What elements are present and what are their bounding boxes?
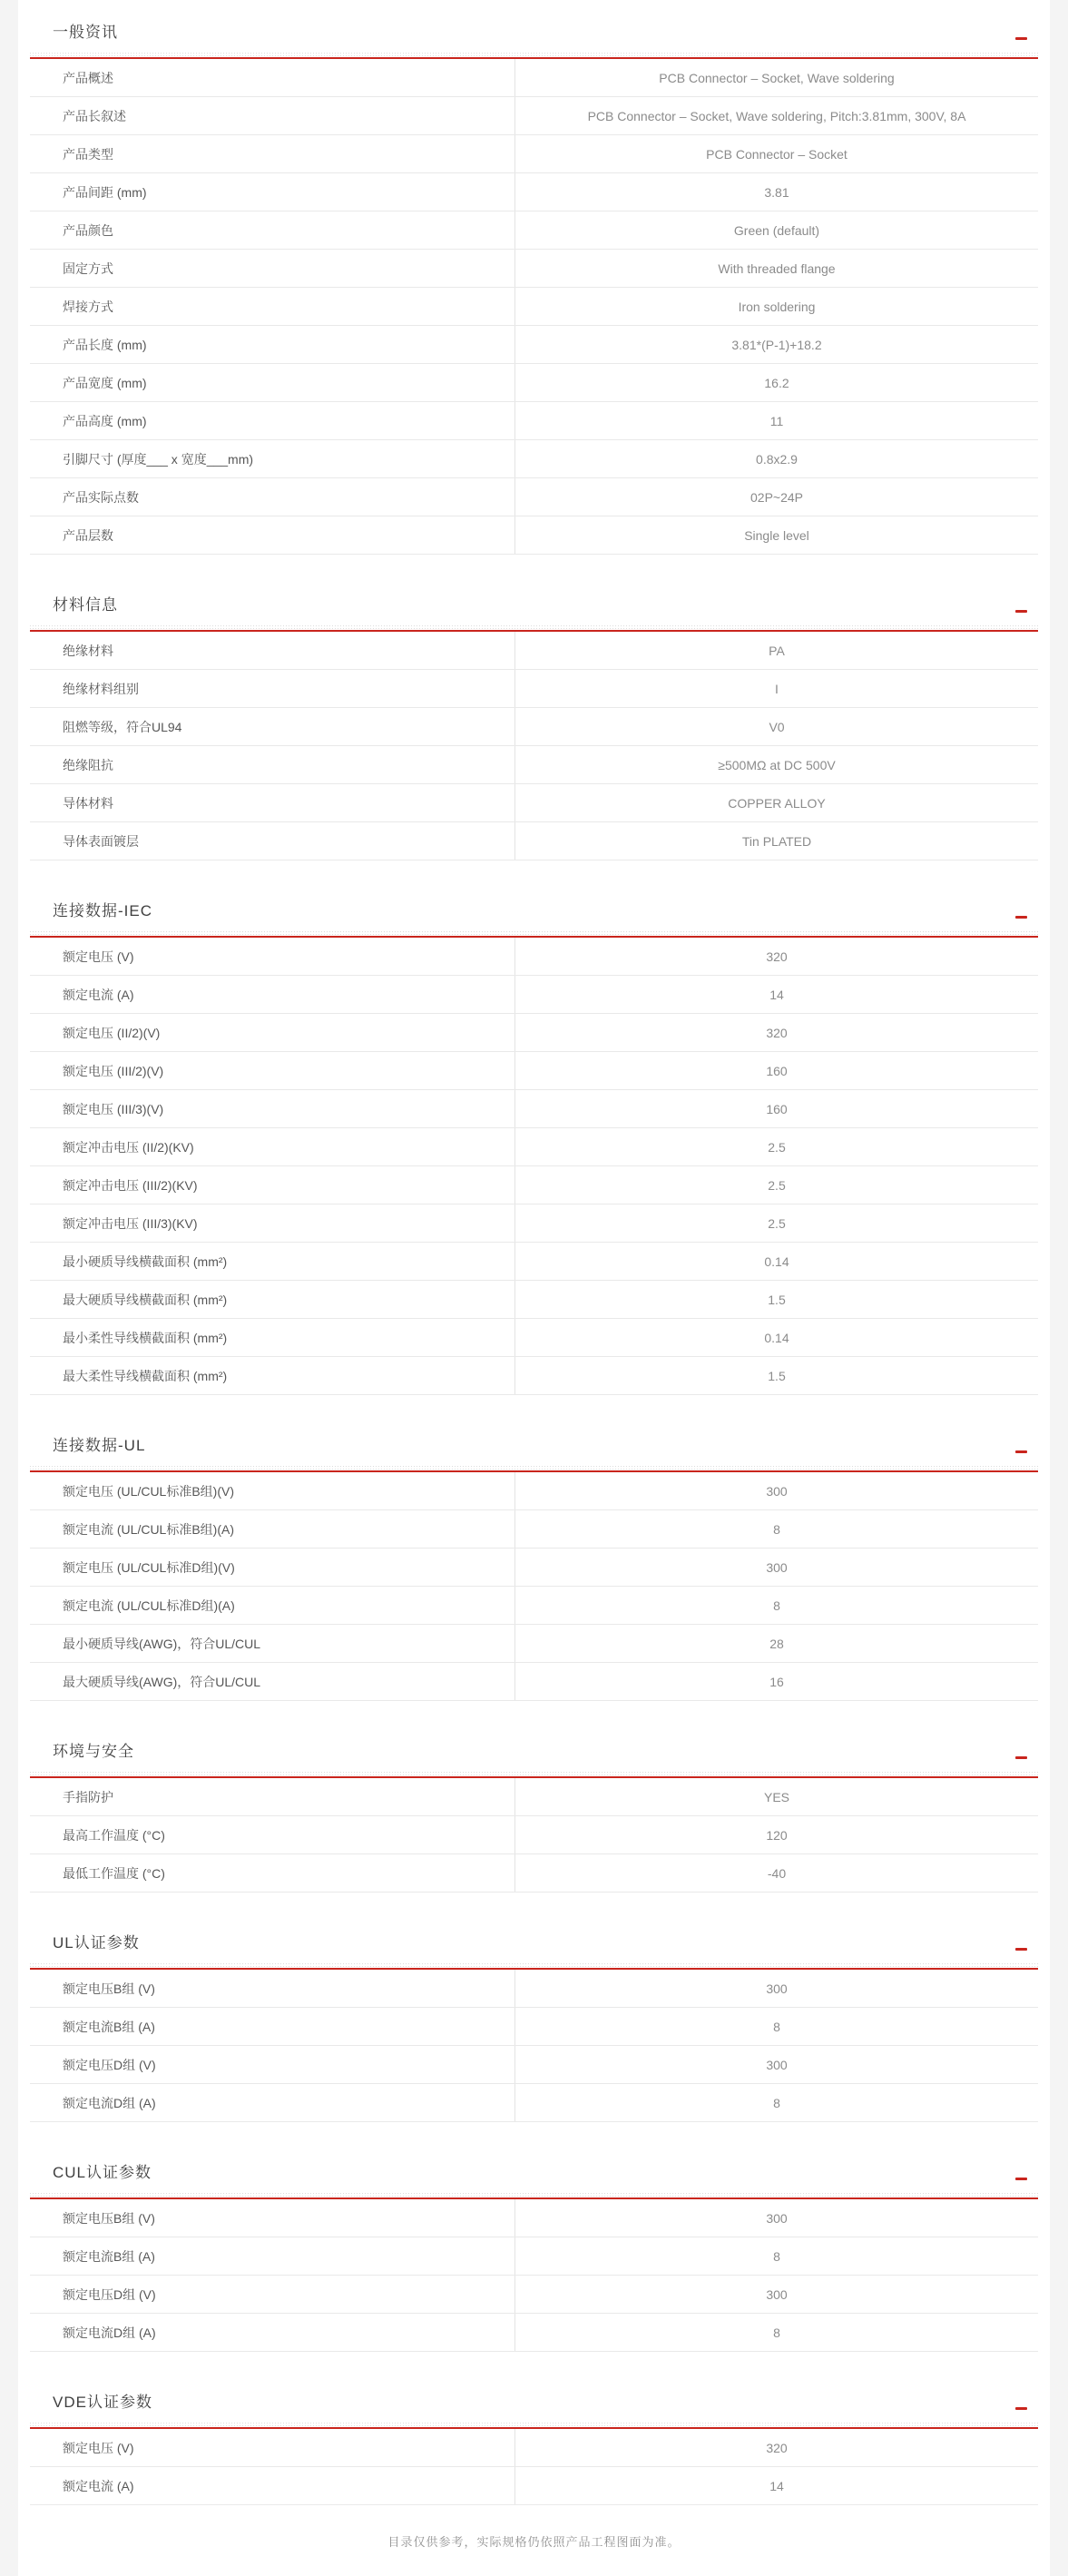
spec-label: 额定电压B组 (V) <box>30 1970 515 2007</box>
spec-value: PCB Connector – Socket, Wave soldering, … <box>515 97 1038 134</box>
table-row: 最高工作温度 (°C) 120 <box>30 1816 1038 1854</box>
table-row: 引脚尺寸 (厚度___ x 宽度___mm) 0.8x2.9 <box>30 440 1038 478</box>
spec-label: 产品颜色 <box>30 211 515 249</box>
table-row: 额定冲击电压 (III/3)(KV) 2.5 <box>30 1204 1038 1243</box>
section-title: VDE认证参数 <box>53 2392 152 2414</box>
spec-table: 额定电压 (V) 320 额定电流 (A) 14 <box>30 2429 1038 2505</box>
spec-value: 300 <box>515 2276 1038 2313</box>
table-row: 最大柔性导线横截面积 (mm²) 1.5 <box>30 1357 1038 1395</box>
spec-value: 2.5 <box>515 1204 1038 1242</box>
spec-table: 绝缘材料 PA 绝缘材料组别 I 阻燃等级，符合UL94 V0 绝缘阻抗 ≥50… <box>30 632 1038 860</box>
spec-label: 手指防护 <box>30 1778 515 1815</box>
spec-value: 0.14 <box>515 1319 1038 1356</box>
table-row: 绝缘材料 PA <box>30 632 1038 670</box>
spec-label: 额定电压D组 (V) <box>30 2046 515 2083</box>
spec-label: 最高工作温度 (°C) <box>30 1816 515 1853</box>
section-rule <box>30 2423 1038 2429</box>
spec-value: 3.81 <box>515 173 1038 211</box>
spec-value: 320 <box>515 2429 1038 2466</box>
spec-value: Green (default) <box>515 211 1038 249</box>
spec-label: 额定电压 (UL/CUL标准B组)(V) <box>30 1472 515 1509</box>
table-row: 绝缘材料组别 I <box>30 670 1038 708</box>
spec-value: COPPER ALLOY <box>515 784 1038 821</box>
spec-label: 最大柔性导线横截面积 (mm²) <box>30 1357 515 1394</box>
spec-label: 额定电压 (II/2)(V) <box>30 1014 515 1051</box>
spec-value: 300 <box>515 2199 1038 2237</box>
spec-label: 额定电流D组 (A) <box>30 2314 515 2351</box>
spec-value: 14 <box>515 976 1038 1013</box>
table-row: 最低工作温度 (°C) -40 <box>30 1854 1038 1893</box>
section-rule <box>30 931 1038 938</box>
spec-value: 8 <box>515 2008 1038 2045</box>
table-row: 额定电压 (III/2)(V) 160 <box>30 1052 1038 1090</box>
minus-icon <box>1015 2178 1027 2180</box>
spec-value: 300 <box>515 1472 1038 1509</box>
spec-label: 额定电流 (A) <box>30 2467 515 2504</box>
spec-value: PA <box>515 632 1038 669</box>
dotted-divider <box>30 1963 1038 1967</box>
spec-label: 引脚尺寸 (厚度___ x 宽度___mm) <box>30 440 515 477</box>
spec-label: 固定方式 <box>30 250 515 287</box>
section-title: CUL认证参数 <box>53 2162 152 2184</box>
table-row: 固定方式 With threaded flange <box>30 250 1038 288</box>
collapse-section-button[interactable] <box>1011 604 1027 616</box>
table-row: 阻燃等级，符合UL94 V0 <box>30 708 1038 746</box>
spec-value: 02P~24P <box>515 478 1038 516</box>
table-row: 额定电流B组 (A) 8 <box>30 2237 1038 2276</box>
spec-value: 8 <box>515 2237 1038 2275</box>
spec-label: 额定电流 (UL/CUL标准B组)(A) <box>30 1510 515 1548</box>
content-card: 一般资讯 产品概述 PCB Connector – Socket, Wave s… <box>18 0 1050 2576</box>
minus-icon <box>1015 2407 1027 2410</box>
minus-icon <box>1015 610 1027 613</box>
spec-value: 300 <box>515 2046 1038 2083</box>
spec-value: Single level <box>515 516 1038 554</box>
table-row: 额定电流 (UL/CUL标准B组)(A) 8 <box>30 1510 1038 1549</box>
collapse-section-button[interactable] <box>1011 2171 1027 2184</box>
collapse-section-button[interactable] <box>1011 909 1027 922</box>
spec-label: 额定电压 (V) <box>30 2429 515 2466</box>
spec-value: 8 <box>515 2084 1038 2121</box>
table-row: 产品颜色 Green (default) <box>30 211 1038 250</box>
spec-label: 导体材料 <box>30 784 515 821</box>
dotted-divider <box>30 625 1038 629</box>
section-header: 环境与安全 <box>30 1719 1038 1763</box>
section-header: 一般资讯 <box>30 0 1038 44</box>
table-row: 产品概述 PCB Connector – Socket, Wave solder… <box>30 59 1038 97</box>
spec-label: 额定电流 (A) <box>30 976 515 1013</box>
spec-label: 产品实际点数 <box>30 478 515 516</box>
spec-label: 额定电压 (V) <box>30 938 515 975</box>
table-row: 导体材料 COPPER ALLOY <box>30 784 1038 822</box>
spec-section: VDE认证参数 额定电压 (V) 320 额定电流 (A) 14 <box>30 2370 1038 2505</box>
spec-value: 1.5 <box>515 1357 1038 1394</box>
section-header: 连接数据-IEC <box>30 879 1038 922</box>
table-row: 额定电压 (V) 320 <box>30 938 1038 976</box>
spec-label: 最低工作温度 (°C) <box>30 1854 515 1892</box>
spec-label: 额定电流B组 (A) <box>30 2237 515 2275</box>
table-row: 最大硬质导线横截面积 (mm²) 1.5 <box>30 1281 1038 1319</box>
spec-value: Tin PLATED <box>515 822 1038 860</box>
spec-label: 额定冲击电压 (III/3)(KV) <box>30 1204 515 1242</box>
dotted-divider <box>30 2423 1038 2426</box>
table-row: 额定冲击电压 (III/2)(KV) 2.5 <box>30 1166 1038 1204</box>
spec-label: 产品长叙述 <box>30 97 515 134</box>
section-title: 环境与安全 <box>53 1741 134 1763</box>
footer-note: 目录仅供参考，实际规格仍依照产品工程图面为准。 <box>30 2532 1038 2550</box>
table-row: 最大硬质导线(AWG)，符合UL/CUL 16 <box>30 1663 1038 1701</box>
dotted-divider <box>30 1466 1038 1470</box>
section-rule <box>30 2193 1038 2199</box>
table-row: 产品类型 PCB Connector – Socket <box>30 135 1038 173</box>
minus-icon <box>1015 1756 1027 1759</box>
spec-label: 导体表面镀层 <box>30 822 515 860</box>
spec-value: 160 <box>515 1090 1038 1127</box>
spec-value: YES <box>515 1778 1038 1815</box>
spec-value: -40 <box>515 1854 1038 1892</box>
minus-icon <box>1015 916 1027 919</box>
spec-value: 8 <box>515 1587 1038 1624</box>
spec-value: 300 <box>515 1970 1038 2007</box>
section-header: VDE认证参数 <box>30 2370 1038 2414</box>
collapse-section-button[interactable] <box>1011 1942 1027 1954</box>
spec-value: ≥500MΩ at DC 500V <box>515 746 1038 783</box>
table-row: 产品实际点数 02P~24P <box>30 478 1038 516</box>
spec-value: 320 <box>515 1014 1038 1051</box>
spec-value: 8 <box>515 1510 1038 1548</box>
table-row: 额定电压 (III/3)(V) 160 <box>30 1090 1038 1128</box>
spec-label: 焊接方式 <box>30 288 515 325</box>
spec-label: 绝缘阻抗 <box>30 746 515 783</box>
table-row: 最小硬质导线横截面积 (mm²) 0.14 <box>30 1243 1038 1281</box>
spec-label: 产品间距 (mm) <box>30 173 515 211</box>
spec-label: 额定电流D组 (A) <box>30 2084 515 2121</box>
spec-sections: 一般资讯 产品概述 PCB Connector – Socket, Wave s… <box>30 0 1038 2505</box>
table-row: 额定电流D组 (A) 8 <box>30 2314 1038 2352</box>
table-row: 额定电流D组 (A) 8 <box>30 2084 1038 2122</box>
spec-value: 120 <box>515 1816 1038 1853</box>
section-header: 连接数据-UL <box>30 1413 1038 1457</box>
table-row: 导体表面镀层 Tin PLATED <box>30 822 1038 860</box>
spec-table: 产品概述 PCB Connector – Socket, Wave solder… <box>30 59 1038 555</box>
table-row: 最小硬质导线(AWG)，符合UL/CUL 28 <box>30 1625 1038 1663</box>
spec-label: 额定电压B组 (V) <box>30 2199 515 2237</box>
spec-value: 11 <box>515 402 1038 439</box>
dotted-divider <box>30 2193 1038 2197</box>
spec-table: 额定电压B组 (V) 300 额定电流B组 (A) 8 额定电压D组 (V) 3… <box>30 2199 1038 2352</box>
spec-value: 320 <box>515 938 1038 975</box>
spec-label: 额定冲击电压 (III/2)(KV) <box>30 1166 515 1204</box>
table-row: 额定电流 (A) 14 <box>30 976 1038 1014</box>
spec-section: 连接数据-IEC 额定电压 (V) 320 额定电流 (A) 14 额定电压 (… <box>30 879 1038 1395</box>
minus-icon <box>1015 37 1027 40</box>
spec-label: 最小硬质导线横截面积 (mm²) <box>30 1243 515 1280</box>
table-row: 产品长度 (mm) 3.81*(P-1)+18.2 <box>30 326 1038 364</box>
spec-label: 额定电流 (UL/CUL标准D组)(A) <box>30 1587 515 1624</box>
table-row: 手指防护 YES <box>30 1778 1038 1816</box>
spec-value: V0 <box>515 708 1038 745</box>
table-row: 额定电压 (UL/CUL标准D组)(V) 300 <box>30 1549 1038 1587</box>
section-header: UL认证参数 <box>30 1911 1038 1954</box>
table-row: 产品层数 Single level <box>30 516 1038 555</box>
section-title: 一般资讯 <box>53 22 118 44</box>
spec-value: 28 <box>515 1625 1038 1662</box>
table-row: 额定冲击电压 (II/2)(KV) 2.5 <box>30 1128 1038 1166</box>
table-row: 最小柔性导线横截面积 (mm²) 0.14 <box>30 1319 1038 1357</box>
spec-label: 额定电流B组 (A) <box>30 2008 515 2045</box>
minus-icon <box>1015 1450 1027 1453</box>
spec-label: 最小硬质导线(AWG)，符合UL/CUL <box>30 1625 515 1662</box>
spec-value: 0.8x2.9 <box>515 440 1038 477</box>
spec-value: 1.5 <box>515 1281 1038 1318</box>
spec-value: 8 <box>515 2314 1038 2351</box>
spec-value: Iron soldering <box>515 288 1038 325</box>
spec-label: 产品层数 <box>30 516 515 554</box>
section-rule <box>30 1466 1038 1472</box>
spec-section: UL认证参数 额定电压B组 (V) 300 额定电流B组 (A) 8 额定电压D… <box>30 1911 1038 2122</box>
spec-label: 最小柔性导线横截面积 (mm²) <box>30 1319 515 1356</box>
spec-value: 2.5 <box>515 1128 1038 1165</box>
spec-value: I <box>515 670 1038 707</box>
table-row: 焊接方式 Iron soldering <box>30 288 1038 326</box>
table-row: 额定电流 (UL/CUL标准D组)(A) 8 <box>30 1587 1038 1625</box>
table-row: 额定电压B组 (V) 300 <box>30 2199 1038 2237</box>
spec-table: 手指防护 YES 最高工作温度 (°C) 120 最低工作温度 (°C) -40 <box>30 1778 1038 1893</box>
section-rule <box>30 53 1038 59</box>
spec-label: 产品类型 <box>30 135 515 172</box>
table-row: 额定电流 (A) 14 <box>30 2467 1038 2505</box>
section-title: 连接数据-UL <box>53 1435 145 1457</box>
spec-label: 最大硬质导线(AWG)，符合UL/CUL <box>30 1663 515 1700</box>
table-row: 额定电压B组 (V) 300 <box>30 1970 1038 2008</box>
spec-value: 160 <box>515 1052 1038 1089</box>
spec-label: 额定电压 (UL/CUL标准D组)(V) <box>30 1549 515 1586</box>
spec-table: 额定电压 (UL/CUL标准B组)(V) 300 额定电流 (UL/CUL标准B… <box>30 1472 1038 1701</box>
spec-value: 14 <box>515 2467 1038 2504</box>
section-title: 连接数据-IEC <box>53 900 152 922</box>
dotted-divider <box>30 53 1038 56</box>
spec-label: 绝缘材料 <box>30 632 515 669</box>
spec-label: 额定电压 (III/2)(V) <box>30 1052 515 1089</box>
section-rule <box>30 1963 1038 1970</box>
spec-label: 阻燃等级，符合UL94 <box>30 708 515 745</box>
spec-value: 16 <box>515 1663 1038 1700</box>
spec-section: 环境与安全 手指防护 YES 最高工作温度 (°C) 120 最低工作温度 (°… <box>30 1719 1038 1893</box>
table-row: 产品间距 (mm) 3.81 <box>30 173 1038 211</box>
spec-value: 2.5 <box>515 1166 1038 1204</box>
collapse-section-button[interactable] <box>1011 1750 1027 1763</box>
spec-label: 产品概述 <box>30 59 515 96</box>
section-header: 材料信息 <box>30 573 1038 616</box>
spec-value: PCB Connector – Socket, Wave soldering <box>515 59 1038 96</box>
table-row: 额定电压D组 (V) 300 <box>30 2276 1038 2314</box>
table-row: 额定电压 (II/2)(V) 320 <box>30 1014 1038 1052</box>
spec-label: 额定电压D组 (V) <box>30 2276 515 2313</box>
spec-value: PCB Connector – Socket <box>515 135 1038 172</box>
table-row: 产品高度 (mm) 11 <box>30 402 1038 440</box>
spec-label: 产品长度 (mm) <box>30 326 515 363</box>
collapse-section-button[interactable] <box>1011 31 1027 44</box>
section-header: CUL认证参数 <box>30 2140 1038 2184</box>
dotted-divider <box>30 1772 1038 1775</box>
spec-label: 产品宽度 (mm) <box>30 364 515 401</box>
spec-value: 300 <box>515 1549 1038 1586</box>
collapse-section-button[interactable] <box>1011 2401 1027 2414</box>
spec-section: 材料信息 绝缘材料 PA 绝缘材料组别 I 阻燃等级，符合UL94 V0 绝缘阻… <box>30 573 1038 860</box>
spec-value: 0.14 <box>515 1243 1038 1280</box>
table-row: 绝缘阻抗 ≥500MΩ at DC 500V <box>30 746 1038 784</box>
spec-label: 额定冲击电压 (II/2)(KV) <box>30 1128 515 1165</box>
spec-label: 产品高度 (mm) <box>30 402 515 439</box>
spec-table: 额定电压B组 (V) 300 额定电流B组 (A) 8 额定电压D组 (V) 3… <box>30 1970 1038 2122</box>
spec-label: 最大硬质导线横截面积 (mm²) <box>30 1281 515 1318</box>
spec-section: 一般资讯 产品概述 PCB Connector – Socket, Wave s… <box>30 0 1038 555</box>
spec-value: 3.81*(P-1)+18.2 <box>515 326 1038 363</box>
table-row: 额定电压 (V) 320 <box>30 2429 1038 2467</box>
table-row: 额定电流B组 (A) 8 <box>30 2008 1038 2046</box>
spec-label: 绝缘材料组别 <box>30 670 515 707</box>
section-rule <box>30 1772 1038 1778</box>
table-row: 额定电压D组 (V) 300 <box>30 2046 1038 2084</box>
table-row: 产品长叙述 PCB Connector – Socket, Wave solde… <box>30 97 1038 135</box>
section-title: 材料信息 <box>53 595 118 616</box>
section-rule <box>30 625 1038 632</box>
spec-value: 16.2 <box>515 364 1038 401</box>
spec-section: CUL认证参数 额定电压B组 (V) 300 额定电流B组 (A) 8 额定电压… <box>30 2140 1038 2352</box>
spec-value: With threaded flange <box>515 250 1038 287</box>
minus-icon <box>1015 1948 1027 1951</box>
table-row: 产品宽度 (mm) 16.2 <box>30 364 1038 402</box>
spec-table: 额定电压 (V) 320 额定电流 (A) 14 额定电压 (II/2)(V) … <box>30 938 1038 1395</box>
collapse-section-button[interactable] <box>1011 1444 1027 1457</box>
spec-section: 连接数据-UL 额定电压 (UL/CUL标准B组)(V) 300 额定电流 (U… <box>30 1413 1038 1701</box>
section-title: UL认证参数 <box>53 1932 140 1954</box>
dotted-divider <box>30 931 1038 935</box>
spec-label: 额定电压 (III/3)(V) <box>30 1090 515 1127</box>
table-row: 额定电压 (UL/CUL标准B组)(V) 300 <box>30 1472 1038 1510</box>
